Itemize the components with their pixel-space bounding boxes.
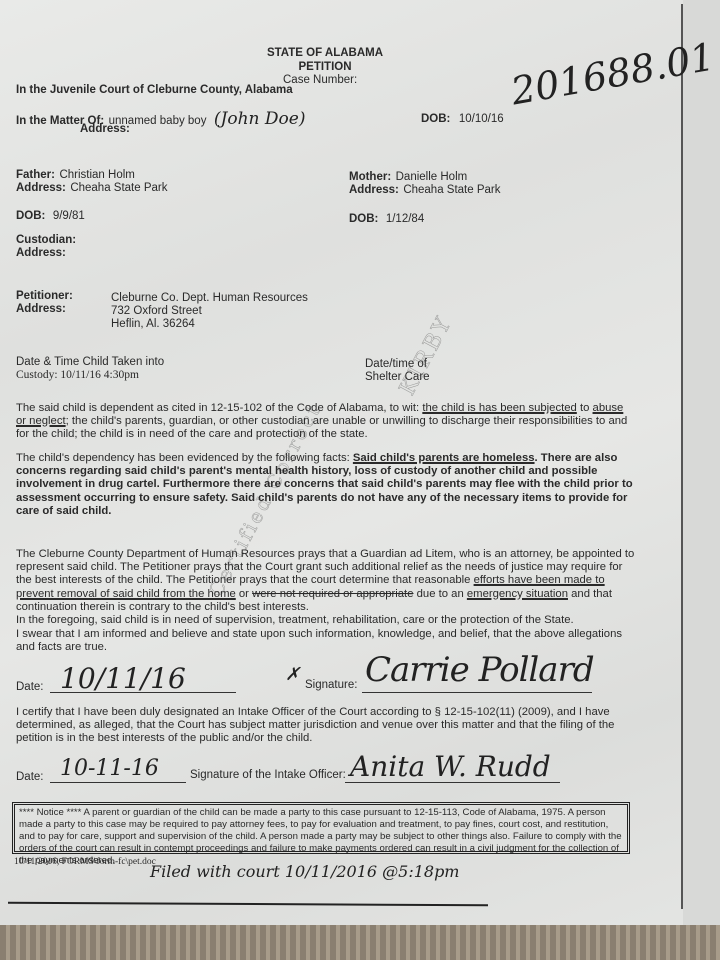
dependency-paragraph: The said child is dependent as cited in … xyxy=(16,402,636,442)
date-line-2 xyxy=(50,782,186,783)
p3-struck: were not required or appropriate xyxy=(252,588,413,600)
child-dob-label: DOB: xyxy=(421,113,450,125)
mother-address-label: Address: xyxy=(349,184,399,196)
mother-dob-label: DOB: xyxy=(349,213,378,225)
father-dob-label: DOB: xyxy=(16,210,45,222)
certification-paragraph: I certify that I have been duly designat… xyxy=(16,706,636,746)
p3-text-c: due to an xyxy=(413,588,466,600)
form-code: 10/11/2016, FORMS\form-fc\pet.doc xyxy=(14,857,156,867)
state-heading: STATE OF ALABAMA xyxy=(250,47,400,59)
background-edge xyxy=(683,0,720,930)
p3-text-b: or xyxy=(236,588,252,600)
court-name: In the Juvenile Court of Cleburne County… xyxy=(16,84,293,96)
p2-text: The child's dependency has been evidence… xyxy=(16,452,353,464)
petitioner-address-label: Address: xyxy=(16,303,66,315)
date-label-1: Date: xyxy=(16,681,44,693)
father-dob: DOB: 9/9/81 xyxy=(16,206,85,224)
signature-line-1 xyxy=(362,692,592,693)
petitioner-label: Petitioner: xyxy=(16,290,73,302)
child-dob-value: 10/10/16 xyxy=(459,113,504,125)
p1-text: The said child is dependent as cited in … xyxy=(16,402,422,414)
date-label-2: Date: xyxy=(16,771,44,783)
custodian-address-label: Address: xyxy=(16,247,66,259)
matter-handwritten: (John Doe) xyxy=(214,109,306,129)
petitioner-city: Heflin, Al. 36264 xyxy=(111,318,195,330)
p3-underlined-2: emergency situation xyxy=(467,588,568,600)
signature-label: Signature: xyxy=(305,679,357,691)
child-dob: DOB: 10/10/16 xyxy=(421,109,504,127)
intake-signature-label: Signature of the Intake Officer: xyxy=(190,769,346,781)
clipboard-edge xyxy=(0,925,720,960)
p1-underlined: the child is has been subjected xyxy=(422,402,577,414)
p1-text-c: ; the child's parents, guardian, or othe… xyxy=(16,415,627,440)
mother-address: Address: Cheaha State Park xyxy=(349,180,500,198)
petitioner-name: Cleburne Co. Dept. Human Resources xyxy=(111,292,308,304)
mother-dob: DOB: 1/12/84 xyxy=(349,209,424,227)
mother-address-value: Cheaha State Park xyxy=(403,184,500,196)
filed-note-handwritten: Filed with court 10/11/2016 @5:18pm xyxy=(150,862,459,881)
father-address-value: Cheaha State Park xyxy=(70,182,167,194)
petitioner-street: 732 Oxford Street xyxy=(111,305,202,317)
prayer-paragraph: The Cleburne County Department of Human … xyxy=(16,548,636,614)
date-handwritten-1: 10/11/16 xyxy=(60,662,186,695)
intake-officer-signature: Anita W. Rudd xyxy=(350,750,551,783)
x-mark: ✗ xyxy=(285,664,300,685)
matter-line: In the Matter Of: unnamed baby boy (John… xyxy=(16,109,305,129)
p2-underlined: Said child's parents are homeless xyxy=(353,452,535,464)
custody-line2: Custody: 10/11/16 4:30pm xyxy=(16,369,139,381)
father-dob-value: 9/9/81 xyxy=(53,210,85,222)
petition-heading: PETITION xyxy=(250,61,400,73)
custody-line1: Date & Time Child Taken into xyxy=(16,356,164,368)
need-statement: In the foregoing, said child is in need … xyxy=(16,614,636,627)
custodian-label: Custodian: xyxy=(16,234,76,246)
father-address: Address: Cheaha State Park xyxy=(16,178,167,196)
petitioner-signature: Carrie Pollard xyxy=(365,650,594,690)
case-number-label: Case Number: xyxy=(283,74,357,86)
facts-paragraph: The child's dependency has been evidence… xyxy=(16,452,636,518)
child-address-label: Address: xyxy=(80,123,130,135)
paper-edge-line xyxy=(681,4,683,909)
father-address-label: Address: xyxy=(16,182,66,194)
notice-box: **** Notice **** A parent or guardian of… xyxy=(12,802,630,854)
mother-dob-value: 1/12/84 xyxy=(386,213,424,225)
date-handwritten-2: 10-11-16 xyxy=(60,756,159,781)
p1-text-b: to xyxy=(577,402,593,414)
